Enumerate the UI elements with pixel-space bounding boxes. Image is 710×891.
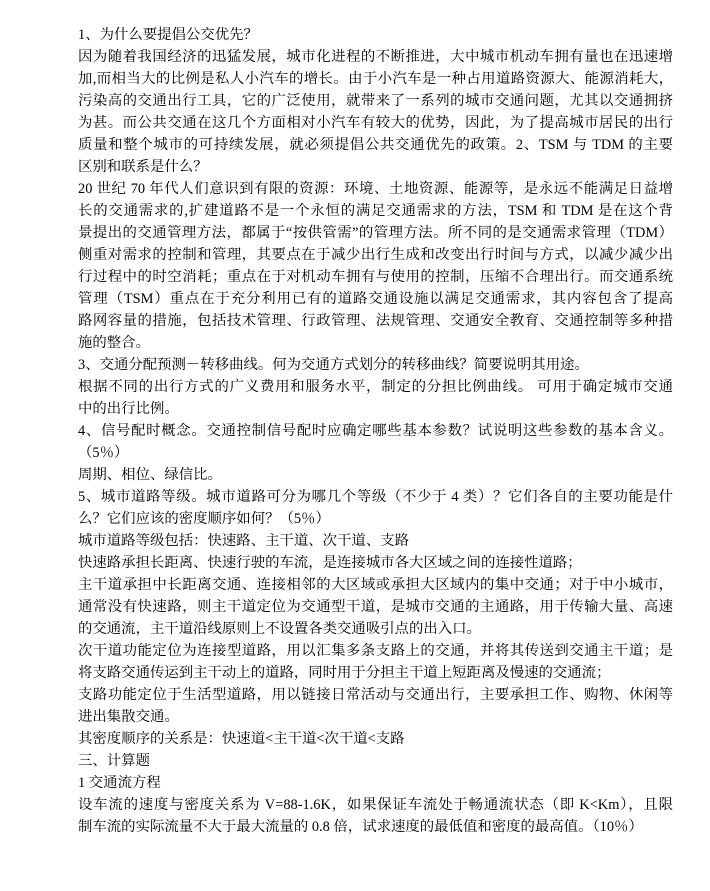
text-line: 污染高的交通出行工具，它的广泛使用，就带来了一系列的城市交通问题，尤其以交通拥挤 [78, 90, 673, 112]
text-line: 其密度顺序的关系是：快速道<主干道<次干道<支路 [78, 728, 673, 750]
text-line: 进出集散交通。 [78, 706, 673, 728]
text-line: 通常没有快速路，则主干道定位为交通型干道，是城市交通的主通路，用于传输大量、高速 [78, 596, 673, 618]
text-line: 周期、相位、绿信比。 [78, 464, 673, 486]
text-line: 路网容量的措施，包括技术管理、行政管理、法规管理、交通安全教育、交通控制等多种措 [78, 310, 673, 332]
text-line: 质量和整个城市的可持续发展，就必须提倡公共交通优先的政策。2、TSM 与 TDM… [78, 134, 673, 156]
text-line: 为甚。而公共交通在这几个方面相对小汽车有较大的优势，因此，为了提高城市居民的出行 [78, 112, 673, 134]
text-line: 景提出的交通管理方法，都属于“按供管需”的管理方法。所不同的是交通需求管理（TD… [78, 222, 673, 244]
text-line: 将支路交通传运到主干动上的道路，同时用于分担主干道上短距离及慢速的交通流； [78, 662, 673, 684]
text-line: 管理（TSM）重点在于充分利用已有的道路交通设施以满足交通需求，其内容包含了提高 [78, 288, 673, 310]
text-line: 因为随着我国经济的迅猛发展，城市化进程的不断推进，大中城市机动车拥有量也在迅速增 [78, 46, 673, 68]
text-line: 加,而相当大的比例是私人小汽车的增长。由于小汽车是一种占用道路资源大、能源消耗大… [78, 68, 673, 90]
text-line: 5、城市道路等级。城市道路可分为哪几个等级（不少于 4 类）？它们各自的主要功能… [78, 486, 673, 508]
text-line: 根据不同的出行方式的广义费用和服务水平，制定的分担比例曲线。 可用于确定城市交通 [78, 376, 673, 398]
text-line: 长的交通需求的,扩建道路不是一个永恒的满足交通需求的方法，TSM 和 TDM 是… [78, 200, 673, 222]
text-line: 4、信号配时概念。交通控制信号配时应确定哪些基本参数？试说明这些参数的基本含义。 [78, 420, 673, 442]
text-line: 主干道承担中长距离交通、连接相邻的大区域或承担大区域内的集中交通；对于中小城市， [78, 574, 673, 596]
text-line: （5％） [78, 442, 673, 464]
text-line: 的交通流，主干道沿线原则上不设置各类交通吸引点的出入口。 [78, 618, 673, 640]
document-page: 1、为什么要提倡公交优先？因为随着我国经济的迅猛发展，城市化进程的不断推进，大中… [0, 0, 710, 891]
text-line: 设车流的速度与密度关系为 V=88-1.6K，如果保证车流处于畅通流状态（即 K… [78, 794, 673, 816]
text-line: 三、计算题 [78, 750, 673, 772]
text-line: 区别和联系是什么？ [78, 156, 673, 178]
text-line: 快速路承担长距离、快速行驶的车流，是连接城市各大区域之间的连接性道路； [78, 552, 673, 574]
text-line: 支路功能定位于生活型道路，用以链接日常活动与交通出行，主要承担工作、购物、休闲等 [78, 684, 673, 706]
text-line: 么？它们应该的密度顺序如何？（5％） [78, 508, 673, 530]
text-line: 侧重对需求的控制和管理，其要点在于减少出行生成和改变出行时间与方式，以减少减少出 [78, 244, 673, 266]
text-line: 行过程中的时空消耗；重点在于对机动车拥有与使用的控制，压缩不合理出行。而交通系统 [78, 266, 673, 288]
text-line: 制车流的实际流量不大于最大流量的 0.8 倍，试求速度的最低值和密度的最高值。（… [78, 816, 673, 838]
text-line: 城市道路等级包括：快速路、主干道、次干道、支路 [78, 530, 673, 552]
text-line: 次干道功能定位为连接型道路，用以汇集多条支路上的交通，并将其传送到交通主干道；是 [78, 640, 673, 662]
text-line: 1 交通流方程 [78, 772, 673, 794]
text-block: 1、为什么要提倡公交优先？因为随着我国经济的迅猛发展，城市化进程的不断推进，大中… [78, 24, 673, 838]
text-line: 20 世纪 70 年代人们意识到有限的资源：环境、土地资源、能源等，是永远不能满… [78, 178, 673, 200]
text-line: 中的出行比例。 [78, 398, 673, 420]
text-line: 施的整合。 [78, 332, 673, 354]
text-line: 1、为什么要提倡公交优先？ [78, 24, 673, 46]
text-line: 3、交通分配预测－转移曲线。何为交通方式划分的转移曲线？简要说明其用途。 [78, 354, 673, 376]
